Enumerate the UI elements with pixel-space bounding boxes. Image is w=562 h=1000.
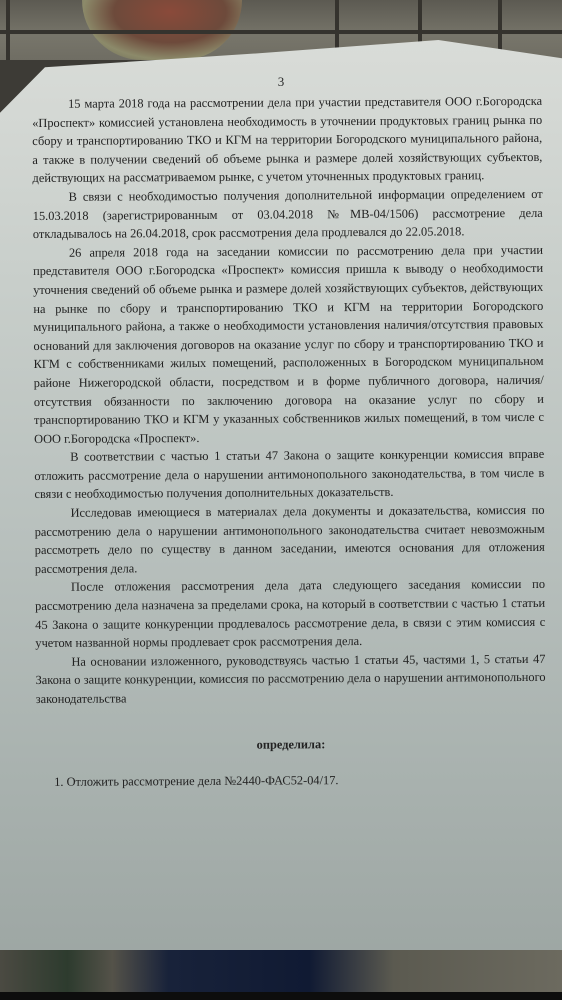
paragraph: 26 апреля 2018 года на заседании комисси… (33, 241, 544, 449)
decision-item: 1. Отложить рассмотрение дела №2440-ФАС5… (36, 770, 546, 792)
tile-grout-line (0, 30, 562, 34)
page-number: 3 (0, 74, 562, 90)
paragraph: На основании изложенного, руководствуясь… (35, 650, 545, 709)
tile-grout-line (6, 0, 10, 60)
paragraph: 15 марта 2018 года на рассмотрении дела … (32, 92, 543, 188)
decision-heading: определила: (36, 733, 546, 755)
document-body: 15 марта 2018 года на рассмотрении дела … (32, 92, 546, 792)
paragraph: После отложения рассмотрения дела дата с… (35, 575, 545, 652)
paragraph: В связи с необходимостью получения допол… (33, 185, 543, 244)
paragraph: Исследовав имеющиеся в материалах дела д… (34, 501, 544, 578)
paragraph: В соответствии с частью 1 статьи 47 Зако… (34, 445, 544, 504)
photo-edge (0, 992, 562, 1000)
